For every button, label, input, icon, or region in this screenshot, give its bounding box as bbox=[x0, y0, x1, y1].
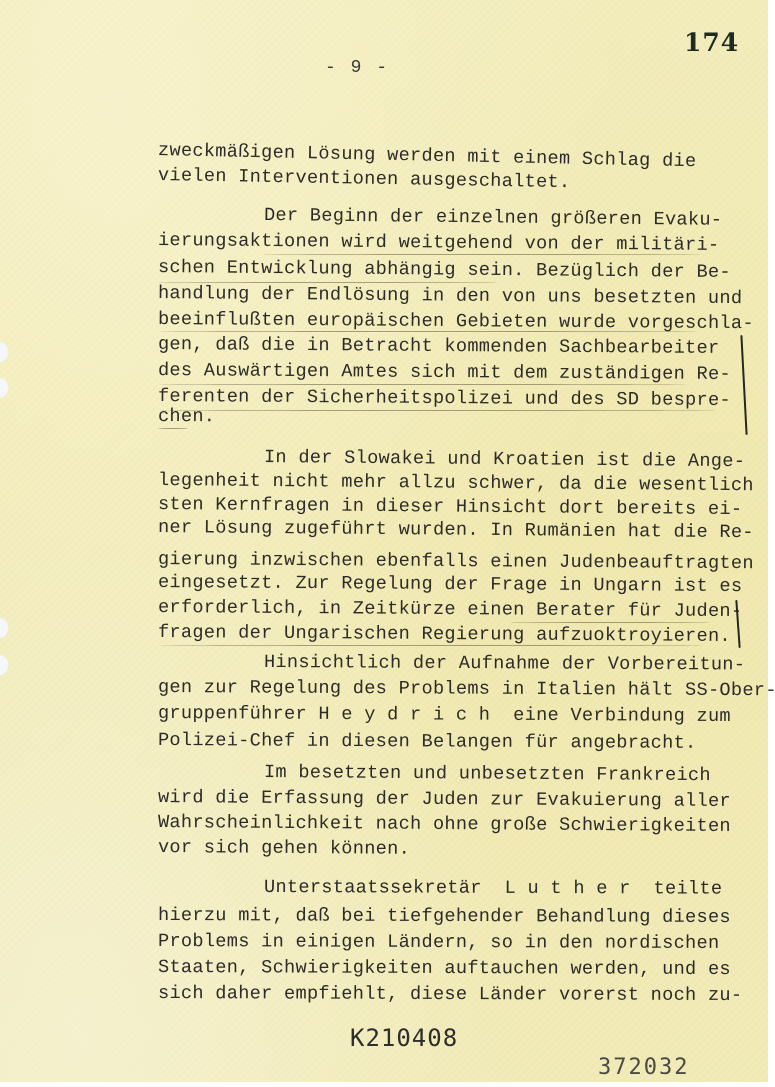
text-line: ferenten der Sicherheitspolizei und des … bbox=[158, 386, 731, 411]
text-line: gen, daß die in Betracht kommenden Sachb… bbox=[158, 334, 720, 359]
text-line: erforderlich, in Zeitkürze einen Berater… bbox=[158, 597, 743, 622]
text-line: schen Entwicklung abhängig sein. Bezügli… bbox=[158, 257, 731, 283]
text-line: gierung inzwischen ebenfalls einen Juden… bbox=[158, 549, 754, 574]
text-line: sich daher empfiehlt, diese Länder vorer… bbox=[158, 983, 742, 1006]
text-line: legenheit nicht mehr allzu schwer, da di… bbox=[158, 470, 754, 496]
text-line: fragen der Ungarischen Regierung aufzuok… bbox=[158, 622, 731, 647]
text-line: handlung der Endlösung in den von uns be… bbox=[158, 283, 743, 309]
text-line: sten Kernfragen in dieser Hinsicht dort … bbox=[158, 494, 743, 520]
margin-mark bbox=[740, 335, 747, 435]
underline-mark bbox=[510, 622, 710, 623]
underline-mark bbox=[158, 384, 688, 385]
text-line: vielen Interventionen ausgeschaltet. bbox=[158, 165, 571, 193]
text-line: des Auswärtigen Amtes sich mit dem zustä… bbox=[158, 360, 731, 385]
text-line: wird die Erfassung der Juden zur Evakuie… bbox=[158, 787, 731, 812]
document-page: 174 - 9 - zweckmäßigen Lösung werden mit… bbox=[0, 0, 768, 1082]
text-line: chen. bbox=[158, 406, 215, 427]
underline-mark bbox=[158, 410, 718, 411]
text-line: Polizei-Chef in diesen Belangen für ange… bbox=[158, 730, 697, 754]
punch-hole bbox=[0, 378, 8, 398]
text-line: Der Beginn der einzelnen größeren Evaku- bbox=[264, 205, 723, 231]
underline-mark bbox=[158, 331, 698, 332]
text-line: Unterstaatssekretär L u t h e r teilte bbox=[264, 877, 722, 900]
text-line: ner Lösung zugeführt wurden. In Rumänien… bbox=[158, 517, 754, 543]
punch-hole bbox=[0, 655, 8, 675]
page-number: - 9 - bbox=[325, 58, 389, 78]
folio-number: 174 bbox=[684, 28, 739, 57]
text-line: gen zur Regelung des Problems in Italien… bbox=[158, 677, 775, 701]
text-line: Problems in einigen Ländern, so in den n… bbox=[158, 931, 720, 954]
underline-mark bbox=[158, 645, 703, 646]
underline-mark bbox=[158, 282, 498, 283]
text-line: ierungsaktionen wird weitgehend von der … bbox=[158, 230, 720, 256]
text-line: Staaten, Schwierigkeiten auftauchen werd… bbox=[158, 957, 731, 980]
text-line: hierzu mit, daß bei tiefgehender Behandl… bbox=[158, 905, 731, 928]
text-line: eingesetzt. Zur Regelung der Frage in Un… bbox=[158, 572, 743, 597]
underline-mark bbox=[262, 254, 702, 255]
archive-number: 372032 bbox=[598, 1055, 689, 1080]
text-line: In der Slowakei und Kroatien ist die Ang… bbox=[264, 447, 745, 472]
punch-hole bbox=[0, 342, 8, 362]
underline-mark bbox=[158, 428, 188, 429]
text-line: Hinsichtlich der Aufnahme der Vorbereitu… bbox=[264, 652, 745, 676]
text-line: Wahrscheinlichkeit nach ohne große Schwi… bbox=[158, 812, 731, 837]
punch-hole bbox=[0, 618, 8, 638]
text-line: gruppenführer H e y d r i c h eine Verbi… bbox=[158, 703, 731, 727]
text-line: Im besetzten und unbesetzten Frankreich bbox=[264, 762, 711, 786]
archive-stamp: K210408 bbox=[350, 1024, 458, 1052]
text-line: vor sich gehen können. bbox=[158, 837, 410, 860]
